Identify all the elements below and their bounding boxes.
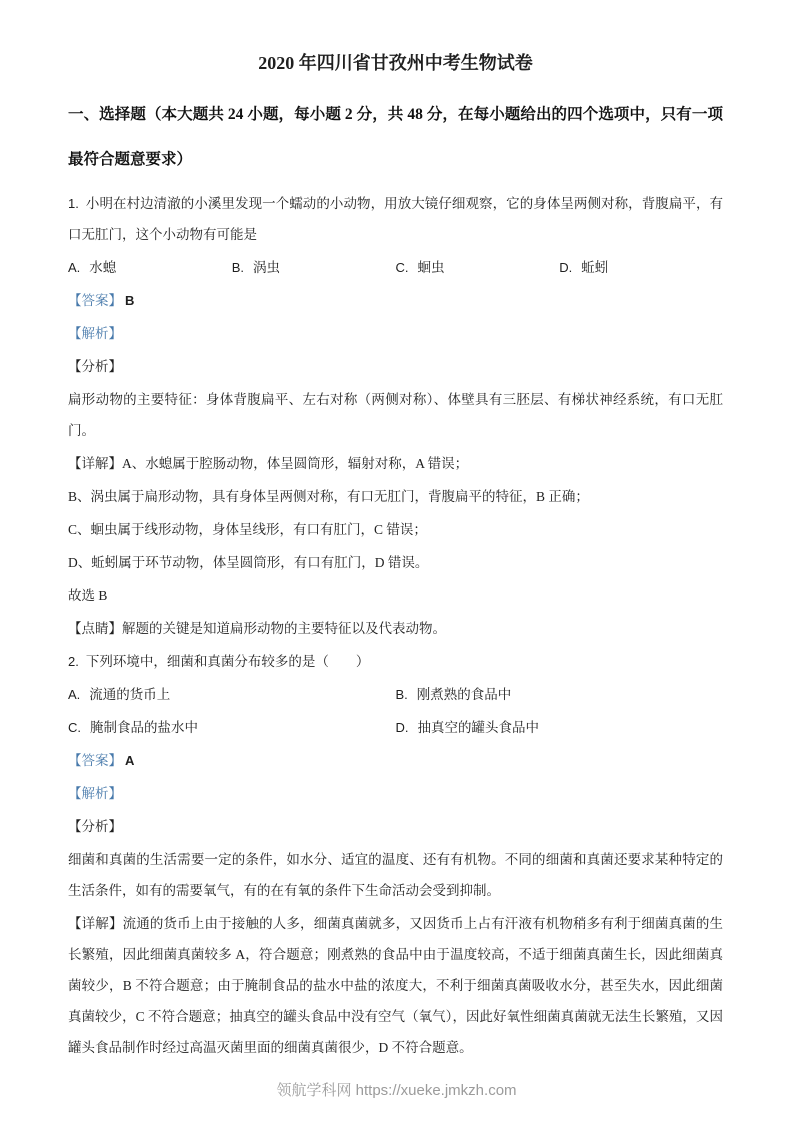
option-key: C. [68,720,81,735]
question-1-option-c: C.蛔虫 [396,252,560,283]
option-key: A. [68,260,80,275]
question-1-number: 1. [68,196,79,211]
fenxi-tag: 【分析】 [68,359,122,374]
jiexi-tag: 【解析】 [68,786,122,801]
answer-value: A [125,753,134,768]
detail-text: A、水螅属于腔肠动物，体呈圆筒形，辐射对称，A 错误； [122,456,468,471]
question-2-option-c: C.腌制食品的盐水中 [68,712,396,743]
question-2-stem: 2.下列环境中，细菌和真菌分布较多的是（ ） [68,646,723,677]
option-key: B. [396,687,408,702]
question-2-analysis-text: 细菌和真菌的生活需要一定的条件，如水分、适宜的温度、还有有机物。不同的细菌和真菌… [68,844,723,906]
tip-text: 解题的关键是知道扁形动物的主要特征以及代表动物。 [122,621,446,636]
dianjing-tag: 【点睛】 [68,621,122,636]
option-text: 腌制食品的盐水中 [90,720,198,735]
option-key: A. [68,687,80,702]
question-1-jiexi-line: 【解析】 [68,318,723,349]
question-2-detail-paragraph: 【详解】流通的货币上由于接触的人多，细菌真菌就多，又因货币上占有汗液有机物稍多有… [68,908,723,1063]
question-1-analysis-text: 扁形动物的主要特征：身体背腹扁平、左右对称（两侧对称）、体壁具有三胚层、有梯状神… [68,384,723,446]
question-2-option-a: A.流通的货币上 [68,679,396,710]
xiangjie-tag: 【详解】 [68,456,122,471]
option-key: D. [396,720,409,735]
question-1-dianjing-line: 【点睛】解题的关键是知道扁形动物的主要特征以及代表动物。 [68,613,723,644]
xiangjie-tag: 【详解】 [68,916,123,931]
detail-text: 流通的货币上由于接触的人多，细菌真菌就多，又因货币上占有汗液有机物稍多有利于细菌… [68,916,723,1055]
question-1-detail-line-c: C、蛔虫属于线形动物，身体呈线形，有口有肛门，C 错误； [68,514,723,545]
question-1-option-b: B.涡虫 [232,252,396,283]
answer-tag: 【答案】 [68,293,122,308]
option-key: C. [396,260,409,275]
question-2-option-d: D.抽真空的罐头食品中 [396,712,724,743]
question-2-answer-line: 【答案】A [68,745,723,776]
page-title: 2020 年四川省甘孜州中考生物试卷 [68,50,723,76]
question-1-detail-line-a: 【详解】A、水螅属于腔肠动物，体呈圆筒形，辐射对称，A 错误； [68,448,723,479]
question-1-answer-line: 【答案】B [68,285,723,316]
option-text: 蚯蚓 [581,260,608,275]
question-2-stem-text: 下列环境中，细菌和真菌分布较多的是（ ） [86,654,370,669]
question-1-fenxi-line: 【分析】 [68,351,723,382]
option-text: 刚煮熟的食品中 [417,687,512,702]
footer-text: 领航学科网 https://xueke.jmkzh.com [276,1082,516,1099]
question-2-jiexi-line: 【解析】 [68,778,723,809]
question-2-option-b: B.刚煮熟的食品中 [396,679,724,710]
option-key: D. [559,260,572,275]
option-text: 水螅 [89,260,116,275]
jiexi-tag: 【解析】 [68,326,122,341]
question-2-options-row-1: A.流通的货币上 B.刚煮熟的食品中 [68,679,723,710]
footer-watermark: 领航学科网 https://xueke.jmkzh.com [0,1079,793,1100]
question-2-fenxi-line: 【分析】 [68,811,723,842]
question-1-option-a: A.水螅 [68,252,232,283]
question-1-detail-line-d: D、蚯蚓属于环节动物，体呈圆筒形，有口有肛门，D 错误。 [68,547,723,578]
question-1: 1.小明在村边清澈的小溪里发现一个蠕动的小动物，用放大镜仔细观察，它的身体呈两侧… [68,188,723,644]
option-key: B. [232,260,244,275]
question-1-option-d: D.蚯蚓 [559,252,723,283]
question-1-stem: 1.小明在村边清澈的小溪里发现一个蠕动的小动物，用放大镜仔细观察，它的身体呈两侧… [68,188,723,250]
exam-document-page: 2020 年四川省甘孜州中考生物试卷 一、选择题（本大题共 24 小题，每小题 … [0,0,793,1122]
question-1-stem-text: 小明在村边清澈的小溪里发现一个蠕动的小动物，用放大镜仔细观察，它的身体呈两侧对称… [68,196,723,242]
answer-tag: 【答案】 [68,753,122,768]
question-1-options-row: A.水螅 B.涡虫 C.蛔虫 D.蚯蚓 [68,252,723,283]
option-text: 抽真空的罐头食品中 [418,720,540,735]
question-2-number: 2. [68,654,79,669]
question-1-conclusion: 故选 B [68,580,723,611]
section-header: 一、选择题（本大题共 24 小题，每小题 2 分，共 48 分，在每小题给出的四… [68,92,723,182]
question-1-detail-line-b: B、涡虫属于扁形动物，具有身体呈两侧对称，有口无肛门，背腹扁平的特征，B 正确； [68,481,723,512]
option-text: 涡虫 [253,260,280,275]
question-2-options-row-2: C.腌制食品的盐水中 D.抽真空的罐头食品中 [68,712,723,743]
question-2: 2.下列环境中，细菌和真菌分布较多的是（ ） A.流通的货币上 B.刚煮熟的食品… [68,646,723,1063]
option-text: 流通的货币上 [89,687,170,702]
answer-value: B [125,293,134,308]
fenxi-tag: 【分析】 [68,819,122,834]
option-text: 蛔虫 [418,260,445,275]
